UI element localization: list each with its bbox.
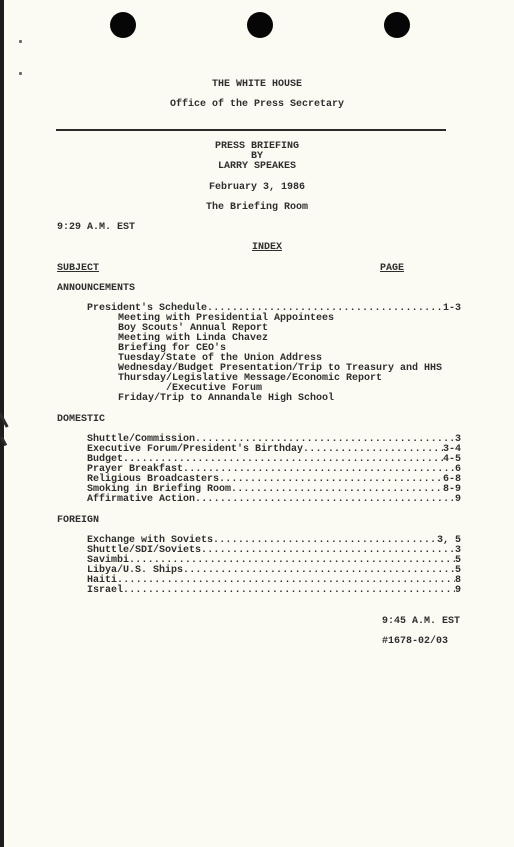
section-foreign: FOREIGN	[57, 516, 99, 526]
briefing-speaker: LARRY SPEAKES	[0, 162, 514, 172]
punch-hole-center	[247, 12, 273, 38]
section-announcements: ANNOUNCEMENTS	[57, 284, 135, 294]
index-title: INDEX	[252, 243, 282, 253]
punch-hole-right	[384, 12, 410, 38]
page-column-header: PAGE	[380, 264, 404, 274]
index-entry: Shuttle/SDI/Soviets3	[87, 546, 461, 556]
briefing-end-time: 9:45 A.M. EST	[382, 617, 460, 627]
section-domestic: DOMESTIC	[57, 415, 105, 425]
index-entry: Affirmative Action9	[87, 495, 461, 505]
dot-leader	[231, 485, 443, 495]
subject-column-header: SUBJECT	[57, 264, 99, 274]
briefing-date: February 3, 1986	[0, 183, 514, 193]
org-heading: THE WHITE HOUSE	[0, 80, 514, 90]
sub-entry: Friday/Trip to Annandale High School	[118, 394, 334, 404]
dot-leader	[201, 546, 455, 556]
briefing-start-time: 9:29 A.M. EST	[57, 223, 135, 233]
index-entry: Executive Forum/President's Birthday3-4	[87, 445, 461, 455]
index-entry: Israel9	[87, 586, 461, 596]
dot-leader	[123, 586, 455, 596]
entry-page: 1-3	[443, 304, 461, 314]
entry-label: Israel	[87, 586, 123, 596]
dot-leader	[183, 465, 455, 475]
briefing-location: The Briefing Room	[0, 203, 514, 213]
dot-leader	[213, 536, 437, 546]
dot-leader	[219, 475, 443, 485]
header-divider	[56, 129, 446, 131]
dot-leader	[303, 445, 443, 455]
dot-leader	[195, 495, 455, 505]
office-heading: Office of the Press Secretary	[0, 100, 514, 110]
document-number: #1678-02/03	[382, 637, 448, 647]
entry-page: 9	[455, 495, 461, 505]
dot-leader	[117, 576, 455, 586]
dot-leader	[183, 566, 455, 576]
scan-speck	[19, 72, 22, 75]
punch-hole-left	[110, 12, 136, 38]
index-entry: Haiti8	[87, 576, 461, 586]
index-entry: Libya/U.S. Ships5	[87, 566, 461, 576]
entry-label: Affirmative Action	[87, 495, 195, 505]
entry-page: 9	[455, 586, 461, 596]
scan-speck	[19, 40, 22, 43]
